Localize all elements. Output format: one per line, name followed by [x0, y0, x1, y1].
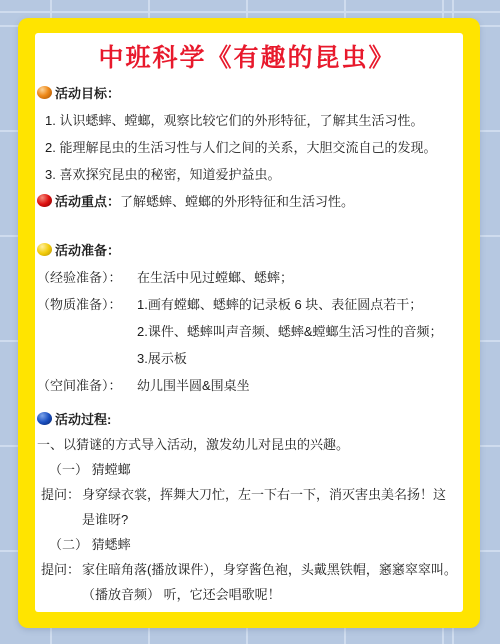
- process-heading-label: 活动过程:: [55, 409, 111, 428]
- preparation-row-label: （物质准备）：: [37, 294, 137, 313]
- blue-sphere-icon: [37, 412, 52, 425]
- focus-text: 了解蟋蟀、螳螂的外形特征和生活习性。: [120, 191, 354, 210]
- section-process-heading: 活动过程:: [37, 406, 457, 431]
- process-part2-question-continuation: （播放音频） 听，它还会唱歌呢！: [82, 581, 457, 606]
- orange-sphere-icon: [37, 86, 52, 99]
- process-part1-question: 提问： 身穿绿衣裳，挥舞大刀忙，左一下右一下，消灭害虫美名扬！这: [41, 481, 457, 506]
- goal-item: 2. 能理解昆虫的生活习性与人们之间的关系，大胆交流自己的发现。: [45, 133, 457, 160]
- goals-heading-label: 活动目标：: [55, 83, 120, 102]
- lesson-plan-card: 中班科学《有趣的昆虫》 活动目标： 1. 认识蟋蟀、螳螂，观察比较它们的外形特征…: [18, 18, 480, 628]
- process-intro: 一、以猜谜的方式导入活动，激发幼儿对昆虫的兴趣。: [37, 431, 457, 456]
- question-label: 提问：: [41, 559, 82, 578]
- preparation-row-text: 在生活中见过螳螂、蟋蟀；: [137, 267, 293, 286]
- page-title: 中班科学《有趣的昆虫》: [37, 43, 457, 73]
- goal-item: 3. 喜欢探究昆虫的秘密，知道爱护益虫。: [45, 160, 457, 187]
- preparation-row-continuation: 2.课件、蟋蟀叫声音频、蟋蟀&螳螂生活习性的音频；: [137, 317, 457, 344]
- preparation-heading-label: 活动准备：: [55, 240, 120, 259]
- goal-item: 1. 认识蟋蟀、螳螂，观察比较它们的外形特征，了解其生活习性。: [45, 106, 457, 133]
- process-part2-question: 提问： 家住暗角落(播放课件），身穿酱色袍，头戴黑铁帽，窸窸窣窣叫。: [41, 556, 457, 581]
- preparation-row: （空间准备）： 幼儿围半圆&围桌坐: [37, 371, 457, 398]
- focus-heading-label: 活动重点：: [55, 191, 120, 210]
- preparation-row-label: （空间准备）：: [37, 375, 137, 394]
- preparation-row: （物质准备）： 1.画有螳螂、蟋蟀的记录板 6 块、表征圆点若干；: [37, 290, 457, 317]
- process-part1-title: （一） 猜螳螂: [49, 456, 457, 481]
- red-sphere-icon: [37, 194, 52, 207]
- preparation-row-label: （经验准备）：: [37, 267, 137, 286]
- yellow-sphere-icon: [37, 243, 52, 256]
- preparation-row-text: 幼儿围半圆&围桌坐: [137, 375, 250, 394]
- section-focus-row: 活动重点： 了解蟋蟀、螳螂的外形特征和生活习性。: [37, 187, 457, 214]
- question-text: 家住暗角落(播放课件），身穿酱色袍，头戴黑铁帽，窸窸窣窣叫。: [82, 559, 457, 578]
- question-label: 提问：: [41, 484, 82, 503]
- preparation-row-text: 1.画有螳螂、蟋蟀的记录板 6 块、表征圆点若干；: [137, 294, 422, 313]
- section-goals-heading: 活动目标：: [37, 79, 457, 106]
- section-preparation-heading: 活动准备：: [37, 236, 457, 263]
- process-part2-title: （二） 猜蟋蟀: [49, 531, 457, 556]
- question-text: 身穿绿衣裳，挥舞大刀忙，左一下右一下，消灭害虫美名扬！这: [82, 484, 446, 503]
- preparation-row: （经验准备）： 在生活中见过螳螂、蟋蟀；: [37, 263, 457, 290]
- preparation-row-continuation: 3.展示板: [137, 344, 457, 371]
- process-part1-question-continuation: 是谁呀?: [82, 506, 457, 531]
- lesson-plan-sheet: 中班科学《有趣的昆虫》 活动目标： 1. 认识蟋蟀、螳螂，观察比较它们的外形特征…: [35, 33, 463, 612]
